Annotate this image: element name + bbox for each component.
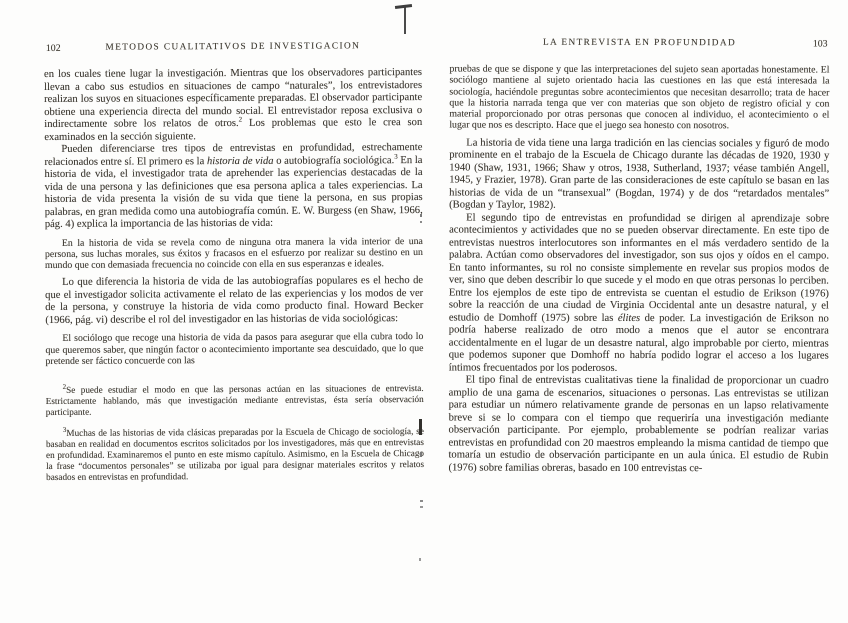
scan-artifact	[419, 558, 421, 561]
paragraph: La historia de vida tiene una larga trad…	[449, 137, 829, 213]
paragraph: 2Se puede estudiar el modo en que las pe…	[46, 383, 424, 418]
paragraph: Lo que diferencia la historia de vida de…	[45, 275, 423, 327]
scan-artifact	[419, 419, 422, 435]
paragraph: El tipo final de entrevistas cualitativa…	[448, 375, 828, 476]
paragraph: En la historia de vida se revela como de…	[45, 236, 423, 272]
right-page: LA ENTREVISTA EN PROFUNDIDAD 103 pruebas…	[448, 38, 829, 476]
scan-artifact	[420, 214, 422, 217]
left-page: 102 METODOS CUALITATIVOS DE INVESTIGACIO…	[44, 41, 424, 483]
page-number: 102	[46, 43, 61, 54]
scan-artifact	[420, 506, 423, 508]
page-text: en los cuales tiene lugar la investigaci…	[44, 67, 424, 483]
scan-artifact	[420, 500, 423, 502]
page-header: LA ENTREVISTA EN PROFUNDIDAD 103	[450, 38, 830, 54]
paragraph: El segundo tipo de entrevistas en profun…	[449, 212, 829, 375]
paragraph: pruebas de que se dispone y que las inte…	[449, 64, 829, 133]
paragraph: El sociólogo que recoge una historia de …	[45, 331, 423, 367]
paragraph: en los cuales tiene lugar la investigaci…	[44, 67, 422, 144]
running-head: METODOS CUALITATIVOS DE INVESTIGACION	[44, 41, 422, 53]
paragraph: Pueden diferenciarse tres tipos de entre…	[44, 142, 422, 231]
scan-artifact	[420, 221, 422, 223]
page-header: 102 METODOS CUALITATIVOS DE INVESTIGACIO…	[44, 41, 422, 58]
scan-artifact	[420, 452, 422, 457]
page-text: pruebas de que se dispone y que las inte…	[448, 64, 829, 476]
paragraph: 3Muchas de las historias de vida clásica…	[46, 426, 424, 483]
book-scan: 102 METODOS CUALITATIVOS DE INVESTIGACIO…	[0, 0, 848, 623]
registration-mark	[404, 7, 406, 34]
running-head: LA ENTREVISTA EN PROFUNDIDAD	[450, 38, 830, 49]
page-number: 103	[813, 38, 828, 49]
